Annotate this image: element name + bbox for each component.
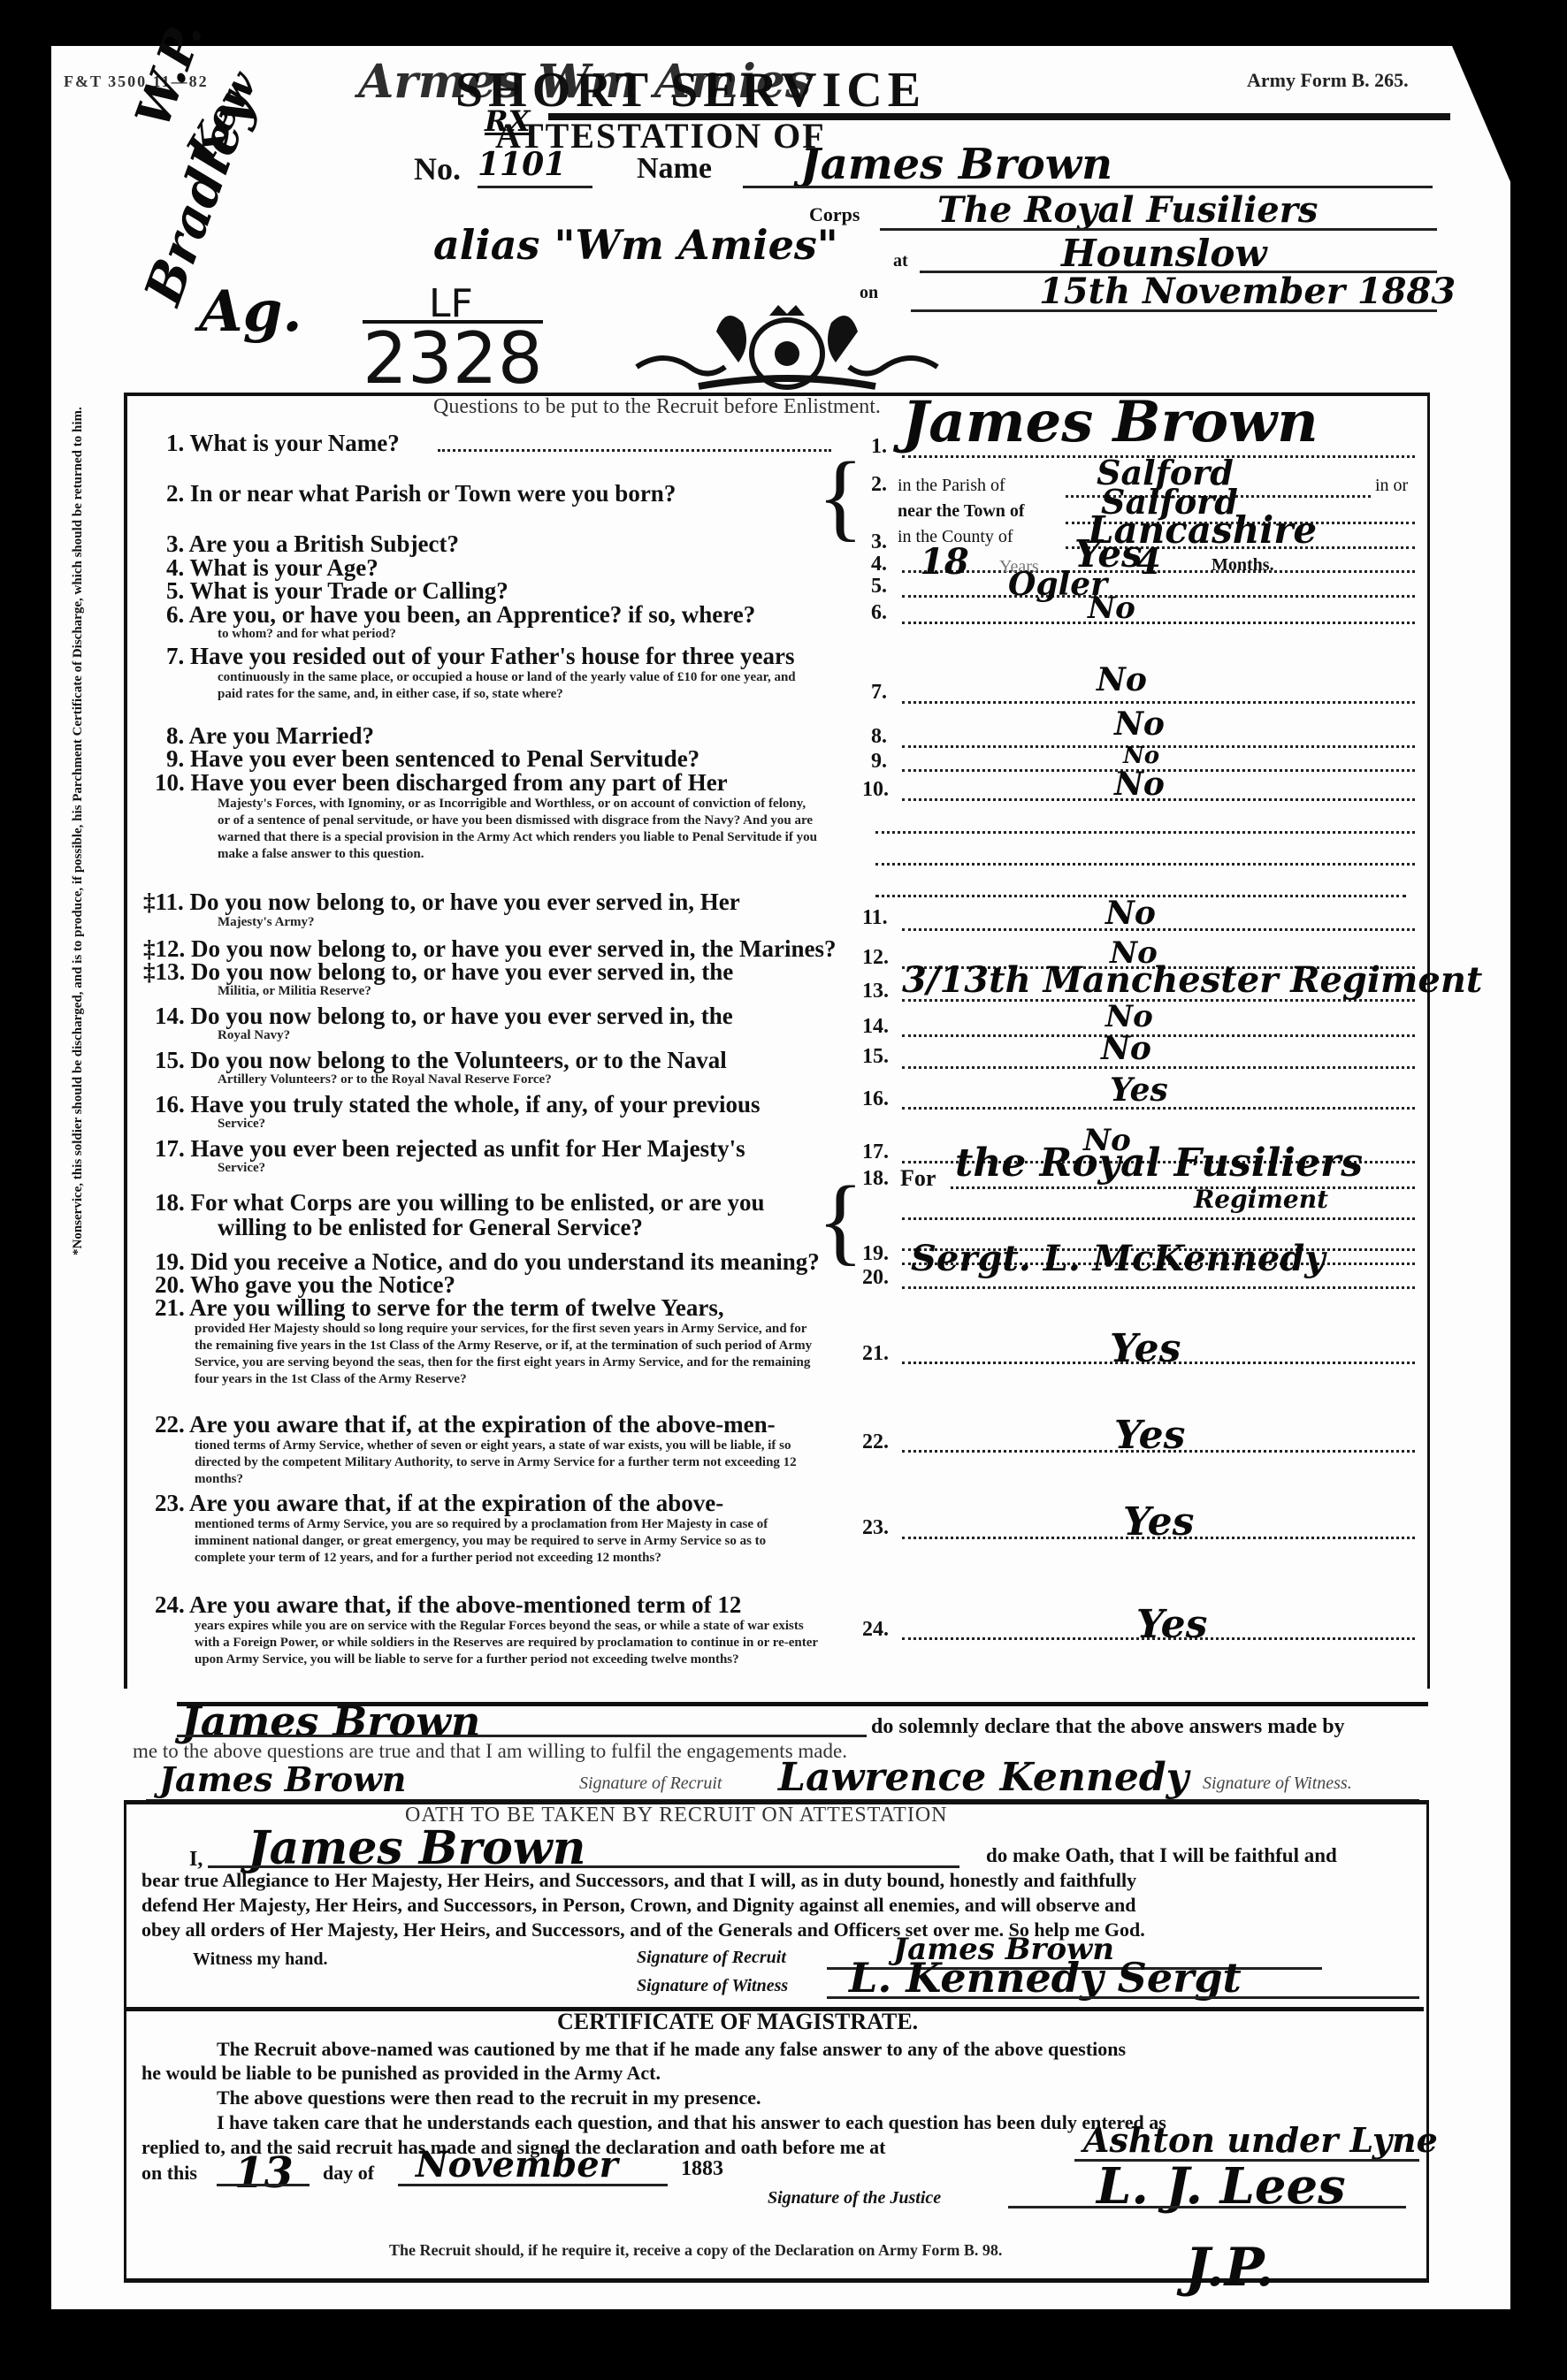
questions-header: Questions to be put to the Recruit befor… [433, 395, 881, 419]
answer-num-4: 4. [871, 553, 887, 576]
declaration-name-line [177, 1735, 867, 1737]
answer-num-3: 3. [871, 530, 887, 554]
recruit-signature-label: Signature of Recruit [579, 1774, 722, 1794]
oath-witness-label: Signature of Witness [637, 1976, 788, 1996]
footer-initials: J.P. [1185, 2237, 1274, 2299]
answer-10-line-2 [875, 831, 1415, 834]
answer-23: Yes [1123, 1499, 1194, 1545]
question-16: 16. Have you truly stated the whole, if … [155, 1091, 761, 1118]
question-15-sub: Artillery Volunteers? or to the Royal Na… [218, 1072, 552, 1088]
number-value: 1101 [478, 146, 566, 183]
answer-num-8: 8. [871, 725, 887, 749]
question-11: ‡11. Do you now belong to, or have you e… [143, 889, 740, 915]
declaration-witness-signature: Lawrence Kennedy [778, 1755, 1189, 1800]
answer-num-14: 14. [862, 1015, 889, 1039]
on-this-label: on this [141, 2162, 197, 2185]
answer-14: No [1105, 999, 1153, 1034]
magistrate-day: 13 [234, 2148, 294, 2198]
witness-signature-label: Signature of Witness. [1203, 1774, 1352, 1794]
answer-4-months: 4 [1136, 541, 1161, 583]
declaration-name: James Brown [181, 1697, 480, 1745]
name-line [743, 186, 1433, 188]
answer-5-line [902, 595, 1415, 598]
question-10-sub: Majesty's Forces, with Ignominy, or as I… [218, 796, 819, 863]
magistrate-title: CERTIFICATE OF MAGISTRATE. [557, 2009, 918, 2035]
date-line [911, 309, 1437, 312]
answer-16: Yes [1110, 1072, 1168, 1109]
question-9: 9. Have you ever been sentenced to Penal… [166, 745, 699, 772]
answer-14-line [902, 1034, 1415, 1037]
date-value: 15th November 1883 [1039, 271, 1456, 312]
question-13-sub: Militia, or Militia Reserve? [218, 983, 371, 1000]
question-3: 3. Are you a British Subject? [166, 530, 459, 557]
station-value: Hounslow [1061, 232, 1267, 275]
answer-num-24: 24. [862, 1618, 889, 1642]
magistrate-month: November [416, 2144, 618, 2185]
question-5: 5. What is your Trade or Calling? [166, 577, 508, 604]
question-6-sub: to whom? and for what period? [218, 626, 396, 643]
subtitle-overwrite: RX [485, 104, 530, 138]
answer-num-20: 20. [862, 1266, 889, 1290]
question-6: 6. Are you, or have you been, an Apprent… [166, 601, 755, 628]
witness-my-hand: Witness my hand. [193, 1949, 327, 1970]
name-value: James Brown [800, 140, 1112, 189]
form-number: Army Form B. 265. [1247, 69, 1409, 92]
answer-num-11: 11. [862, 906, 888, 930]
magistrate-year: 1883 [681, 2157, 723, 2181]
question-16-sub: Service? [218, 1116, 265, 1133]
answer-1-name: James Brown [902, 389, 1319, 455]
question-24-sub: years expires while you are on service w… [195, 1618, 819, 1668]
answer-15-line [902, 1066, 1415, 1069]
q18-brace: { [817, 1171, 864, 1269]
answer-18-line-2 [902, 1217, 1415, 1220]
q2-brace: { [817, 447, 864, 545]
answer-num-6: 6. [871, 601, 887, 625]
answer-7-line [902, 701, 1415, 704]
regimental-number: 2328 [363, 320, 543, 394]
town-label: near the Town of [898, 501, 1025, 522]
answer-num-17: 17. [862, 1140, 889, 1164]
question-13: ‡13. Do you now belong to, or have you e… [143, 958, 733, 985]
answer-num-9: 9. [871, 750, 887, 774]
royal-coat-of-arms-icon [619, 305, 955, 393]
answer-num-18: 18. [862, 1167, 889, 1191]
in-or-label: in or [1375, 476, 1408, 496]
answer-num-2: 2. [871, 473, 887, 497]
answer-10-line-3 [875, 863, 1415, 866]
day-of-label: day of [323, 2162, 374, 2185]
oath-i: I, [189, 1848, 203, 1872]
number-label: No. [414, 150, 461, 187]
answer-7: No [1097, 661, 1147, 698]
title-handwritten-overwrite: Armes Wm Amies [358, 55, 811, 109]
question-23-sub: mentioned terms of Army Service, you are… [195, 1516, 819, 1567]
question-14: 14. Do you now belong to, or have you ev… [155, 1003, 733, 1029]
answer-6-line [902, 622, 1415, 624]
oath-witness-line [827, 1996, 1419, 1999]
oath-text-c: defend Her Majesty, Her Heirs, and Succe… [141, 1894, 1135, 1917]
answer-num-15: 15. [862, 1045, 889, 1069]
answer-10: No [1114, 766, 1165, 803]
answer-num-16: 16. [862, 1087, 889, 1111]
side-discharge-note: *Nonservice, this soldier should be disc… [71, 389, 86, 1255]
answer-num-22: 22. [862, 1430, 889, 1454]
month-line [398, 2184, 668, 2186]
question-2: 2. In or near what Parish or Town were y… [166, 480, 676, 507]
question-24: 24. Are you aware that, if the above-men… [155, 1591, 741, 1618]
corps-line [880, 228, 1437, 231]
answer-num-12: 12. [862, 946, 889, 970]
answer-num-23: 23. [862, 1516, 889, 1540]
question-22-sub: tioned terms of Army Service, whether of… [195, 1438, 819, 1488]
q1-leader [438, 449, 831, 452]
corps-value: The Royal Fusiliers [937, 189, 1318, 231]
question-21: 21. Are you willing to serve for the ter… [155, 1294, 724, 1321]
oath-recruit-label: Signature of Recruit [637, 1948, 786, 1968]
question-15: 15. Do you now belong to the Volunteers,… [155, 1047, 727, 1073]
magistrate-p1: The Recruit above-named was cautioned by… [217, 2038, 1126, 2061]
oath-name-line [208, 1865, 959, 1868]
question-18-sub: willing to be enlisted for General Servi… [218, 1214, 643, 1240]
question-11-sub: Majesty's Army? [218, 914, 315, 931]
answer-11-line [902, 928, 1415, 931]
alias-name: alias "Wm Amies" [433, 221, 838, 269]
justice-line [1008, 2206, 1406, 2208]
answer-18-corps: the Royal Fusiliers [955, 1140, 1363, 1186]
declaration-text-1: do solemnly declare that the above answe… [871, 1715, 1345, 1739]
margin-annotation-ag: Ag. [199, 278, 302, 345]
answer-19-20-notice-giver: Sergt. L. McKennedy [911, 1238, 1325, 1279]
name-label: Name [637, 152, 712, 186]
question-7: 7. Have you resided out of your Father's… [166, 643, 794, 669]
on-label: on [860, 283, 878, 303]
answer-4-years: 18 [920, 541, 969, 583]
answer-21: Yes [1110, 1326, 1181, 1371]
answer-13-regiment: 3/13th Manchester Regiment [902, 959, 1482, 1001]
answer-num-19: 19. [862, 1242, 889, 1266]
answer-num-10: 10. [862, 778, 889, 802]
for-label: For [900, 1165, 936, 1192]
answer-18-regiment: Regiment [1194, 1185, 1328, 1214]
answer-num-13: 13. [862, 980, 889, 1003]
question-10: 10. Have you ever been discharged from a… [155, 769, 728, 796]
question-7-sub: continuously in the same place, or occup… [218, 669, 819, 703]
answer-11: No [1105, 895, 1156, 932]
answer-22: Yes [1114, 1413, 1185, 1458]
magistrate-p1b: he would be liable to be punished as pro… [141, 2062, 661, 2085]
answer-num-5: 5. [871, 575, 887, 599]
question-18: 18. For what Corps are you willing to be… [155, 1189, 765, 1216]
question-22: 22. Are you aware that if, at the expira… [155, 1411, 776, 1438]
question-14-sub: Royal Navy? [218, 1027, 290, 1044]
question-21-sub: provided Her Majesty should so long requ… [195, 1321, 819, 1388]
magistrate-p3: I have taken care that he understands ea… [217, 2111, 1166, 2134]
declaration-recruit-signature: James Brown [159, 1759, 406, 1799]
answer-8: No [1114, 706, 1165, 743]
oath-text-a: do make Oath, that I will be faithful an… [986, 1844, 1337, 1867]
day-line [217, 2184, 310, 2186]
justice-signature-label: Signature of the Justice [768, 2188, 941, 2208]
oath-witness-signature: L. Kennedy Sergt [849, 1954, 1242, 2002]
answer-num-1: 1. [871, 435, 887, 459]
answer-24: Yes [1136, 1602, 1207, 1647]
answer-20-line [902, 1286, 1415, 1289]
at-label: at [893, 251, 908, 271]
question-17: 17. Have you ever been rejected as unfit… [155, 1135, 745, 1162]
footer-note: The Recruit should, if he require it, re… [389, 2241, 1002, 2260]
attestation-place: Ashton under Lyne [1083, 2120, 1438, 2160]
oath-text-b: bear true Allegiance to Her Majesty, Her… [141, 1869, 1136, 1892]
answer-num-7: 7. [871, 681, 887, 705]
number-line [478, 186, 592, 188]
question-17-sub: Service? [218, 1160, 265, 1177]
question-1: 1. What is your Name? [166, 430, 400, 456]
months-label: Months. [1212, 555, 1274, 576]
answer-6: No [1088, 591, 1135, 626]
question-23: 23. Are you aware that, if at the expira… [155, 1490, 723, 1516]
parish-label: in the Parish of [898, 476, 1005, 496]
answer-15: No [1101, 1030, 1151, 1067]
magistrate-p2: The above questions were then read to th… [217, 2086, 761, 2109]
answer-num-21: 21. [862, 1342, 889, 1366]
answer-18-line [951, 1186, 1415, 1189]
